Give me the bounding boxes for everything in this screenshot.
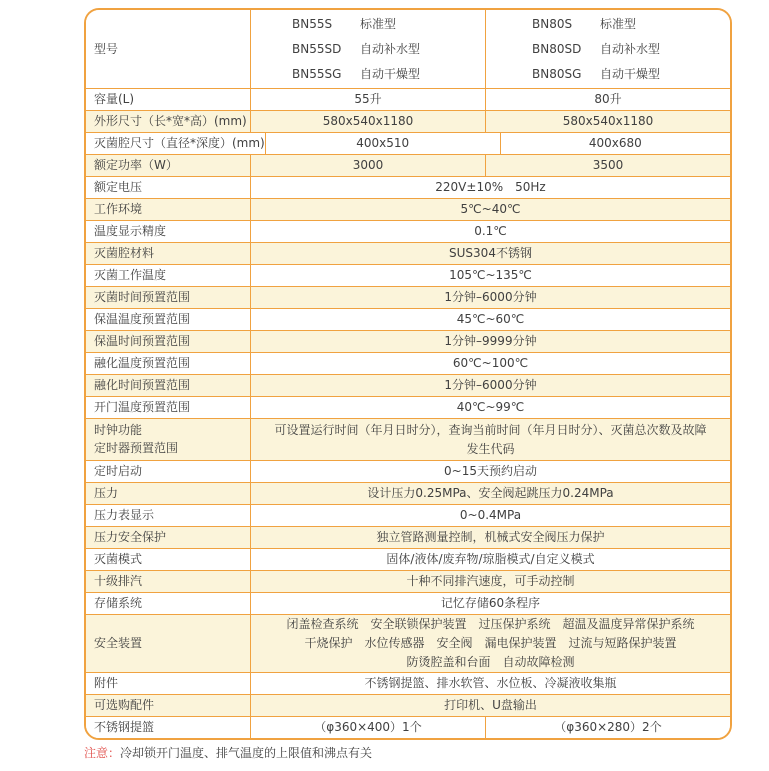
spec-label-text: 温度显示精度 — [94, 224, 250, 239]
spec-value-cell: 580x540x1180 — [251, 111, 486, 132]
spec-value-text: 3500 — [593, 156, 624, 175]
spec-value-text: 40℃~99℃ — [457, 398, 525, 417]
table-row: 不锈钢提篮（φ360×400）1个（φ360×280）2个 — [86, 716, 730, 738]
table-row: 附件不锈钢提篮、排水软管、水位板、冷凝液收集瓶 — [86, 672, 730, 694]
table-row: 灭菌腔材料SUS304不锈钢 — [86, 242, 730, 264]
model-line: BN80SD自动补水型 — [532, 37, 684, 62]
spec-value-text: 400x680 — [589, 134, 642, 153]
spec-value-text: （φ360×400）1个 — [314, 718, 421, 737]
spec-value-text: 独立管路测量控制，机械式安全阀压力保护 — [376, 528, 604, 547]
model-list-cell: BN55S标准型BN55SD自动补水型BN55SG自动干燥型 — [251, 10, 486, 88]
table-row: 工作环境5℃~40℃ — [86, 198, 730, 220]
spec-value-text: 防烫腔盖和台面 自动故障检测 — [406, 653, 574, 672]
spec-value-cell: 105℃~135℃ — [251, 265, 730, 286]
spec-label-cell: 可选购配件 — [86, 695, 251, 716]
table-row: 十级排汽十种不同排汽速度，可手动控制 — [86, 570, 730, 592]
model-code: BN55S — [292, 12, 360, 37]
table-row: 存储系统记忆存储60条程序 — [86, 592, 730, 614]
spec-label-cell: 时钟功能定时器预置范围 — [86, 419, 251, 460]
table-row: 融化温度预置范围60℃~100℃ — [86, 352, 730, 374]
table-row: 型号BN55S标准型BN55SD自动补水型BN55SG自动干燥型BN80S标准型… — [86, 10, 730, 88]
spec-label-cell: 存储系统 — [86, 593, 251, 614]
spec-label-cell: 不锈钢提篮 — [86, 717, 251, 738]
spec-label-cell: 额定电压 — [86, 177, 251, 198]
model-line: BN55SG自动干燥型 — [292, 62, 444, 87]
model-type-name: 标准型 — [600, 12, 684, 37]
spec-value-cell: 580x540x1180 — [486, 111, 730, 132]
spec-label-text: 开门温度预置范围 — [94, 400, 250, 415]
spec-label-cell: 融化时间预置范围 — [86, 375, 251, 396]
spec-value-text: 80升 — [594, 90, 621, 109]
model-type-name: 自动补水型 — [600, 37, 684, 62]
spec-value-cell: 打印机、U盘输出 — [251, 695, 730, 716]
spec-value-cell: 3500 — [486, 155, 730, 176]
spec-label-text: 压力 — [94, 486, 250, 501]
table-row: 安全装置闭盖检查系统 安全联锁保护装置 过压保护系统 超温及温度异常保护系统干烧… — [86, 614, 730, 672]
table-row: 开门温度预置范围40℃~99℃ — [86, 396, 730, 418]
spec-label-cell: 灭菌时间预置范围 — [86, 287, 251, 308]
spec-label-text: 安全装置 — [94, 636, 250, 651]
spec-label-cell: 开门温度预置范围 — [86, 397, 251, 418]
spec-value-cell: 固体/液体/废弃物/琼脂模式/自定义模式 — [251, 549, 730, 570]
table-row: 外形尺寸（长*宽*高）(mm)580x540x1180580x540x1180 — [86, 110, 730, 132]
table-row: 容量(L)55升80升 — [86, 88, 730, 110]
spec-label-text: 定时器预置范围 — [94, 441, 250, 456]
table-row: 保温时间预置范围1分钟–9999分钟 — [86, 330, 730, 352]
spec-label-cell: 安全装置 — [86, 615, 251, 672]
spec-label-text: 不锈钢提篮 — [94, 720, 250, 735]
spec-label-text: 定时启动 — [94, 464, 250, 479]
spec-label-text: 十级排汽 — [94, 574, 250, 589]
spec-label-cell: 融化温度预置范围 — [86, 353, 251, 374]
table-row: 温度显示精度0.1℃ — [86, 220, 730, 242]
spec-value-text: 1分钟–6000分钟 — [444, 288, 536, 307]
spec-value-cell: 1分钟–9999分钟 — [251, 331, 730, 352]
spec-value-cell: 220V±10% 50Hz — [251, 177, 730, 198]
table-row: 压力表显示0~0.4MPa — [86, 504, 730, 526]
spec-value-text: 1分钟–6000分钟 — [444, 376, 536, 395]
spec-label-cell: 灭菌腔尺寸（直径*深度）(mm) — [86, 133, 266, 154]
table-row: 灭菌腔尺寸（直径*深度）(mm)400x510400x680 — [86, 132, 730, 154]
spec-value-cell: 60℃~100℃ — [251, 353, 730, 374]
spec-value-text: SUS304不锈钢 — [449, 244, 532, 263]
spec-value-cell: 0~0.4MPa — [251, 505, 730, 526]
spec-value-text: 3000 — [353, 156, 384, 175]
spec-label-cell: 压力表显示 — [86, 505, 251, 526]
spec-label-text: 时钟功能 — [94, 423, 250, 438]
spec-label-text: 工作环境 — [94, 202, 250, 217]
spec-label-text: 保温温度预置范围 — [94, 312, 250, 327]
model-line: BN80S标准型 — [532, 12, 684, 37]
model-type-name: 自动干燥型 — [360, 62, 444, 87]
spec-label-text: 保温时间预置范围 — [94, 334, 250, 349]
spec-value-cell: 十种不同排汽速度，可手动控制 — [251, 571, 730, 592]
spec-value-text: 60℃~100℃ — [453, 354, 528, 373]
spec-label-text: 额定功率（W） — [94, 158, 250, 173]
spec-value-text: 干烧保护 水位传感器 安全阀 漏电保护装置 过流与短路保护装置 — [304, 634, 676, 653]
spec-label-text: 融化时间预置范围 — [94, 378, 250, 393]
spec-label-cell: 额定功率（W） — [86, 155, 251, 176]
spec-label-cell: 灭菌腔材料 — [86, 243, 251, 264]
spec-label-text: 压力表显示 — [94, 508, 250, 523]
spec-value-cell: 记忆存储60条程序 — [251, 593, 730, 614]
spec-value-cell: 1分钟–6000分钟 — [251, 287, 730, 308]
spec-value-cell: （φ360×400）1个 — [251, 717, 486, 738]
footnote: 注意：冷却锁开门温度、排气温度的上限值和沸点有关 — [84, 744, 372, 761]
model-line: BN80SG自动干燥型 — [532, 62, 684, 87]
spec-value-cell: 400x680 — [501, 133, 730, 154]
spec-value-cell: 5℃~40℃ — [251, 199, 730, 220]
spec-value-cell: 40℃~99℃ — [251, 397, 730, 418]
spec-value-text: 闭盖检查系统 安全联锁保护装置 过压保护系统 超温及温度异常保护系统 — [286, 615, 694, 634]
spec-value-text: 400x510 — [356, 134, 409, 153]
spec-value-text: 45℃~60℃ — [457, 310, 525, 329]
spec-value-text: 记忆存储60条程序 — [441, 594, 540, 613]
spec-value-text: 55升 — [354, 90, 381, 109]
footnote-text: 冷却锁开门温度、排气温度的上限值和沸点有关 — [120, 746, 372, 760]
model-code: BN55SG — [292, 62, 360, 87]
spec-value-text: 0.1℃ — [474, 222, 507, 241]
model-line: BN55SD自动补水型 — [292, 37, 444, 62]
spec-value-text: 不锈钢提篮、排水软管、水位板、冷凝液收集瓶 — [364, 674, 616, 693]
spec-label-text: 灭菌工作温度 — [94, 268, 250, 283]
spec-label-text: 灭菌腔尺寸（直径*深度）(mm) — [94, 136, 265, 151]
spec-value-text: 固体/液体/废弃物/琼脂模式/自定义模式 — [386, 550, 594, 569]
table-row: 保温温度预置范围45℃~60℃ — [86, 308, 730, 330]
spec-label-cell: 压力 — [86, 483, 251, 504]
spec-value-cell: 0~15天预约启动 — [251, 461, 730, 482]
model-code: BN80SG — [532, 62, 600, 87]
spec-value-text: 可设置运行时间（年月日时分），查询当前时间（年月日时分）、灭菌总次数及故障 — [274, 421, 706, 440]
model-code: BN55SD — [292, 37, 360, 62]
model-code: BN80SD — [532, 37, 600, 62]
spec-value-text: 十种不同排汽速度，可手动控制 — [406, 572, 574, 591]
spec-label-text: 外形尺寸（长*宽*高）(mm) — [94, 114, 250, 129]
spec-value-cell: 45℃~60℃ — [251, 309, 730, 330]
model-type-name: 标准型 — [360, 12, 444, 37]
spec-label-cell: 温度显示精度 — [86, 221, 251, 242]
spec-value-text: 580x540x1180 — [323, 112, 414, 131]
spec-value-cell: 3000 — [251, 155, 486, 176]
spec-label-cell: 容量(L) — [86, 89, 251, 110]
spec-value-cell: 可设置运行时间（年月日时分），查询当前时间（年月日时分）、灭菌总次数及故障发生代… — [251, 419, 730, 460]
spec-label-cell: 灭菌工作温度 — [86, 265, 251, 286]
table-row: 额定功率（W）30003500 — [86, 154, 730, 176]
table-row: 灭菌时间预置范围1分钟–6000分钟 — [86, 286, 730, 308]
spec-label-text: 可选购配件 — [94, 698, 250, 713]
spec-value-text: （φ360×280）2个 — [554, 718, 661, 737]
spec-label-text: 灭菌腔材料 — [94, 246, 250, 261]
spec-label-text: 灭菌模式 — [94, 552, 250, 567]
spec-value-cell: 独立管路测量控制，机械式安全阀压力保护 — [251, 527, 730, 548]
spec-label-text: 容量(L) — [94, 92, 250, 107]
spec-value-text: 580x540x1180 — [563, 112, 654, 131]
spec-label-cell: 灭菌模式 — [86, 549, 251, 570]
spec-value-text: 105℃~135℃ — [449, 266, 532, 285]
table-row: 可选购配件打印机、U盘输出 — [86, 694, 730, 716]
spec-label-text: 额定电压 — [94, 180, 250, 195]
model-code: BN80S — [532, 12, 600, 37]
spec-label-cell: 工作环境 — [86, 199, 251, 220]
model-line: BN55S标准型 — [292, 12, 444, 37]
spec-value-cell: 55升 — [251, 89, 486, 110]
spec-value-cell: 400x510 — [266, 133, 501, 154]
spec-value-text: 发生代码 — [466, 440, 514, 459]
spec-label-text: 压力安全保护 — [94, 530, 250, 545]
table-row: 灭菌工作温度105℃~135℃ — [86, 264, 730, 286]
spec-label-text: 型号 — [94, 42, 250, 57]
spec-label-text: 灭菌时间预置范围 — [94, 290, 250, 305]
table-row: 定时启动0~15天预约启动 — [86, 460, 730, 482]
model-type-name: 自动干燥型 — [600, 62, 684, 87]
spec-value-text: 0~0.4MPa — [460, 506, 521, 525]
footnote-label: 注意： — [84, 746, 120, 760]
table-row: 压力安全保护独立管路测量控制，机械式安全阀压力保护 — [86, 526, 730, 548]
table-row: 灭菌模式固体/液体/废弃物/琼脂模式/自定义模式 — [86, 548, 730, 570]
spec-value-cell: 0.1℃ — [251, 221, 730, 242]
spec-label-text: 附件 — [94, 676, 250, 691]
spec-value-text: 打印机、U盘输出 — [444, 696, 537, 715]
spec-value-cell: SUS304不锈钢 — [251, 243, 730, 264]
spec-value-cell: 80升 — [486, 89, 730, 110]
table-row: 压力设计压力0.25MPa、安全阀起跳压力0.24MPa — [86, 482, 730, 504]
spec-value-cell: 不锈钢提篮、排水软管、水位板、冷凝液收集瓶 — [251, 673, 730, 694]
spec-label-cell: 保温温度预置范围 — [86, 309, 251, 330]
table-row: 时钟功能定时器预置范围可设置运行时间（年月日时分），查询当前时间（年月日时分）、… — [86, 418, 730, 460]
spec-label-text: 存储系统 — [94, 596, 250, 611]
spec-value-text: 1分钟–9999分钟 — [444, 332, 536, 351]
spec-label-cell: 压力安全保护 — [86, 527, 251, 548]
spec-value-text: 设计压力0.25MPa、安全阀起跳压力0.24MPa — [367, 484, 613, 503]
spec-label-text: 融化温度预置范围 — [94, 356, 250, 371]
spec-label-cell: 十级排汽 — [86, 571, 251, 592]
spec-label-cell: 外形尺寸（长*宽*高）(mm) — [86, 111, 251, 132]
spec-value-text: 5℃~40℃ — [461, 200, 521, 219]
specification-table: 型号BN55S标准型BN55SD自动补水型BN55SG自动干燥型BN80S标准型… — [84, 8, 732, 740]
spec-value-text: 220V±10% 50Hz — [435, 178, 545, 197]
spec-value-text: 0~15天预约启动 — [444, 462, 537, 481]
spec-label-cell: 保温时间预置范围 — [86, 331, 251, 352]
spec-value-cell: 设计压力0.25MPa、安全阀起跳压力0.24MPa — [251, 483, 730, 504]
spec-value-cell: 1分钟–6000分钟 — [251, 375, 730, 396]
table-row: 额定电压220V±10% 50Hz — [86, 176, 730, 198]
spec-value-cell: 闭盖检查系统 安全联锁保护装置 过压保护系统 超温及温度异常保护系统干烧保护 水… — [251, 615, 730, 672]
spec-label-cell: 型号 — [86, 10, 251, 88]
spec-label-cell: 定时启动 — [86, 461, 251, 482]
model-list-cell: BN80S标准型BN80SD自动补水型BN80SG自动干燥型 — [486, 10, 730, 88]
table-row: 融化时间预置范围1分钟–6000分钟 — [86, 374, 730, 396]
spec-label-cell: 附件 — [86, 673, 251, 694]
model-type-name: 自动补水型 — [360, 37, 444, 62]
spec-value-cell: （φ360×280）2个 — [486, 717, 730, 738]
